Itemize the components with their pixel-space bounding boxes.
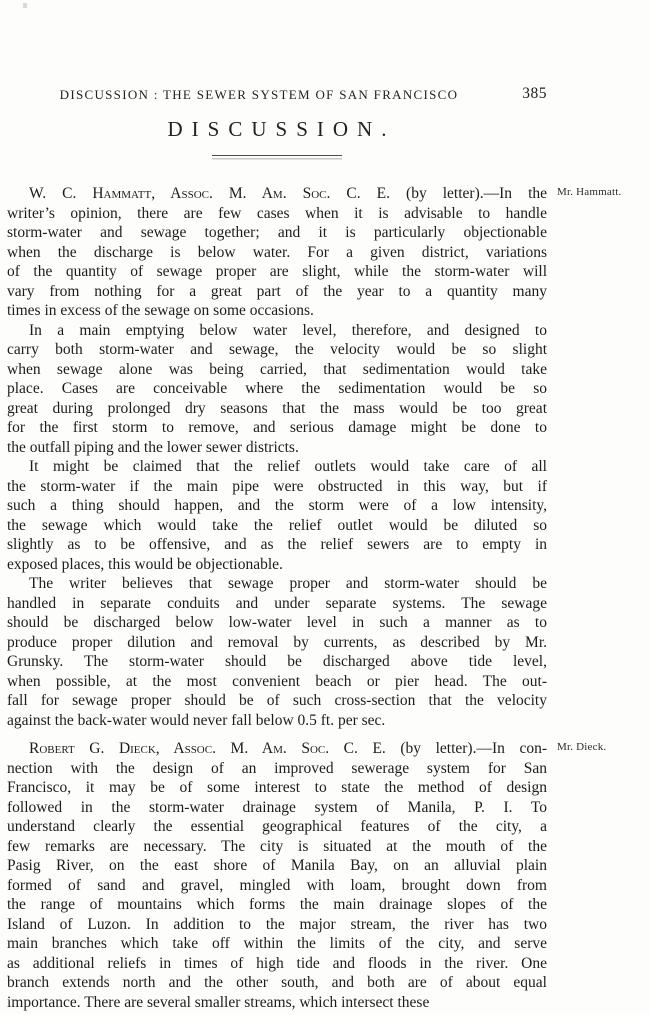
text-line: The writer believes that sewage proper a…: [7, 574, 547, 594]
text-line: Pasig River, on the east shore of Manila…: [7, 856, 547, 876]
text-line: fall for sewage proper should be of such…: [7, 691, 547, 711]
text-line: for the first storm to remove, and serio…: [7, 418, 547, 438]
text-line: slightly as to be offensive, and as the …: [7, 535, 547, 555]
text-line: the outfall piping and the lower sewer d…: [7, 438, 547, 458]
text-line: formed of sand and gravel, mingled with …: [7, 876, 547, 896]
text-line: writer’s opinion, there are few cases wh…: [7, 204, 547, 224]
margin-note: Mr. Dieck.: [557, 741, 650, 754]
text-line: main branches which take off within the …: [7, 934, 547, 954]
text-line: exposed places, this would be objectiona…: [7, 555, 547, 575]
text-line: against the back-water would never fall …: [7, 711, 547, 731]
text-line: few remarks are necessary. The city is s…: [7, 837, 547, 857]
page-number: 385: [522, 85, 547, 103]
text-line: should be discharged below low-water lev…: [7, 613, 547, 633]
running-header: DISCUSSION : THE SEWER SYSTEM OF SAN FRA…: [7, 87, 547, 103]
body-text: Mr. Hammatt.W. C. Hammatt, Assoc. M. Am.…: [7, 184, 547, 1012]
text-line: carry both storm-water and sewage, the v…: [7, 340, 547, 360]
text-line: when the discharge is below water. For a…: [7, 243, 547, 263]
text-line: W. C. Hammatt, Assoc. M. Am. Soc. C. E. …: [7, 184, 547, 204]
text-line: times in excess of the sewage on some oc…: [7, 301, 547, 321]
title-rule: [212, 155, 342, 158]
text-line: vary from nothing for a great part of th…: [7, 282, 547, 302]
text-line: great during prolonged dry seasons that …: [7, 399, 547, 419]
paragraph: Mr. Hammatt.W. C. Hammatt, Assoc. M. Am.…: [7, 184, 547, 321]
text-line: as additional reliefs in times of high t…: [7, 954, 547, 974]
text-line: the storm-water if the main pipe were ob…: [7, 477, 547, 497]
paragraph: It might be claimed that the relief outl…: [7, 457, 547, 574]
text-line: understand clearly the essential geograp…: [7, 817, 547, 837]
running-header-text: DISCUSSION : THE SEWER SYSTEM OF SAN FRA…: [7, 87, 547, 103]
text-line: It might be claimed that the relief outl…: [7, 457, 547, 477]
scan-speck: [23, 3, 27, 8]
text-line: handled in separate conduits and under s…: [7, 594, 547, 614]
text-line: place. Cases are conceivable where the s…: [7, 379, 547, 399]
text-line: In a main emptying below water level, th…: [7, 321, 547, 341]
paragraph: Mr. Dieck.Robert G. Dieck, Assoc. M. Am.…: [7, 739, 547, 1012]
text-line: importance. There are several smaller st…: [7, 993, 547, 1013]
text-line: of the quantity of sewage proper are sli…: [7, 262, 547, 282]
text-line: the sewage which would take the relief o…: [7, 516, 547, 536]
text-line: nection with the design of an improved s…: [7, 759, 547, 779]
text-line: followed in the storm-water drainage sys…: [7, 798, 547, 818]
section-title: DISCUSSION.: [7, 117, 547, 142]
text-line: produce proper dilution and removal by c…: [7, 633, 547, 653]
text-line: when sewage alone was being carried, tha…: [7, 360, 547, 380]
scanned-book-page: DISCUSSION : THE SEWER SYSTEM OF SAN FRA…: [0, 0, 650, 1015]
speaker-name: W. C. Hammatt, Assoc. M. Am. Soc. C. E.: [29, 185, 390, 202]
text-line: Grunsky. The storm-water should be disch…: [7, 652, 547, 672]
speaker-name: Robert G. Dieck, Assoc. M. Am. Soc. C. E…: [29, 740, 386, 757]
text-line: Island of Luzon. In addition to the majo…: [7, 915, 547, 935]
text-line: such a thing should happen, and the stor…: [7, 496, 547, 516]
text-line: when possible, at the most convenient be…: [7, 672, 547, 692]
paragraph: In a main emptying below water level, th…: [7, 321, 547, 458]
paragraph: The writer believes that sewage proper a…: [7, 574, 547, 730]
text-line: the range of mountains which forms the m…: [7, 895, 547, 915]
text-line: branch extends north and the other south…: [7, 973, 547, 993]
text-line: storm-water and sewage together; and it …: [7, 223, 547, 243]
text-line: Robert G. Dieck, Assoc. M. Am. Soc. C. E…: [7, 739, 547, 759]
margin-note: Mr. Hammatt.: [557, 186, 650, 199]
text-line: Francisco, it may be of some interest to…: [7, 778, 547, 798]
